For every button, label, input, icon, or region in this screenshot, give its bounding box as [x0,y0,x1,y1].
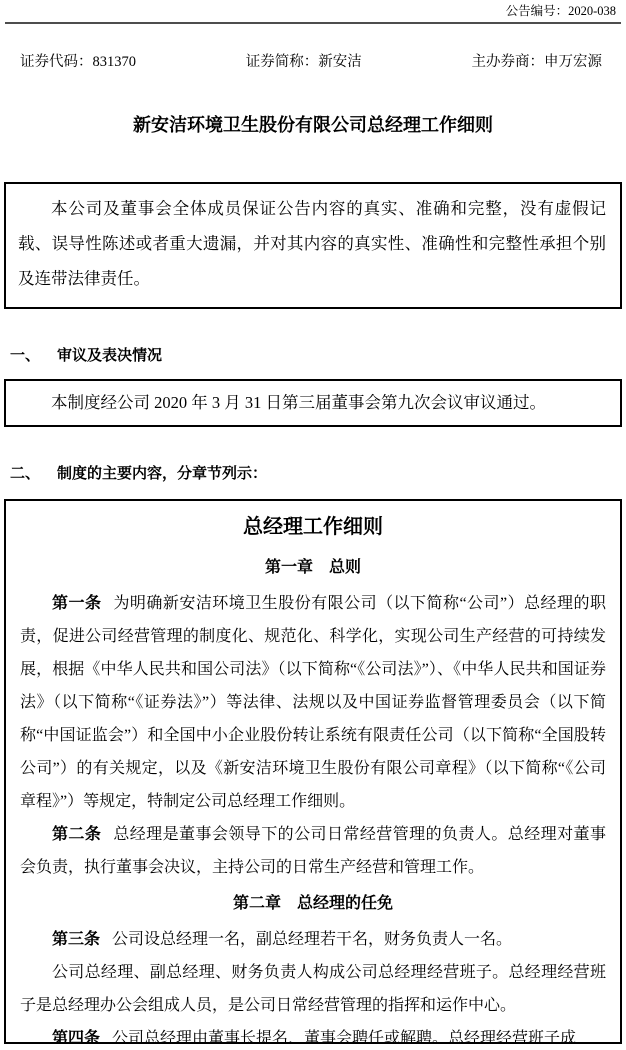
article-3: 第三条公司设总经理一名，副总经理若干名，财务负责人一名。 [20,923,606,956]
stock-name: 证券简称：新安洁 [246,52,362,72]
section-heading-review: 一、审议及表决情况 [10,345,626,366]
disclaimer-text: 本公司及董事会全体成员保证公告内容的真实、准确和完整，没有虚假记载、误导性陈述或… [18,191,606,296]
article-4: 第四条公司总经理由董事长提名，董事会聘任或解聘。总经理经营班子成 [20,1022,606,1044]
chapter-2-heading: 第二章 总经理的任免 [20,887,606,920]
section-number: 一、 [10,345,57,366]
announcement-number: 公告编号：2020-038 [0,0,626,21]
section-title: 制度的主要内容，分章节列示： [57,465,267,482]
article-3-text: 公司设总经理一名，副总经理若干名，财务负责人一名。 [112,931,512,948]
article-3-paragraph-2: 公司总经理、副总经理、财务负责人构成公司总经理经营班子。总经理经营班子是总经理办… [20,956,606,1022]
article-2-label: 第二条 [52,826,101,843]
section-number: 二、 [10,463,57,484]
header-divider [5,22,621,24]
approval-box: 本制度经公司 2020 年 3 月 31 日第三届董事会第九次会议审议通过。 [4,379,622,427]
stock-code: 证券代码：831370 [20,52,136,72]
approval-text: 本制度经公司 2020 年 3 月 31 日第三届董事会第九次会议审议通过。 [18,389,608,416]
article-3-label: 第三条 [52,931,100,948]
article-4-label: 第四条 [52,1030,100,1044]
chapter-1-heading: 第一章 总则 [20,551,606,584]
regulation-title: 总经理工作细则 [20,512,606,542]
article-2-text: 总经理是董事会领导下的公司日常经营管理的负责人。总经理对董事会负责，执行董事会决… [20,826,606,876]
section-title: 审议及表决情况 [57,347,162,364]
disclaimer-box: 本公司及董事会全体成员保证公告内容的真实、准确和完整，没有虚假记载、误导性陈述或… [4,182,622,309]
section-heading-content: 二、制度的主要内容，分章节列示： [10,463,626,484]
announcement-page: 公告编号：2020-038 证券代码：831370 证券简称：新安洁 主办券商：… [0,0,626,1050]
article-1-label: 第一条 [52,595,101,612]
article-4-text: 公司总经理由董事长提名，董事会聘任或解聘。总经理经营班子成 [112,1030,576,1044]
regulation-box: 总经理工作细则 第一章 总则 第一条为明确新安洁环境卫生股份有限公司（以下简称“… [4,499,622,1044]
securities-info-row: 证券代码：831370 证券简称：新安洁 主办券商：申万宏源 [0,52,626,72]
article-2: 第二条总经理是董事会领导下的公司日常经营管理的负责人。总经理对董事会负责，执行董… [20,818,606,884]
article-1-text: 为明确新安洁环境卫生股份有限公司（以下简称“公司”）总经理的职责，促进公司经营管… [20,595,606,810]
article-1: 第一条为明确新安洁环境卫生股份有限公司（以下简称“公司”）总经理的职责，促进公司… [20,587,606,818]
sponsor: 主办券商：申万宏源 [472,52,603,72]
page-title: 新安洁环境卫生股份有限公司总经理工作细则 [0,112,626,138]
